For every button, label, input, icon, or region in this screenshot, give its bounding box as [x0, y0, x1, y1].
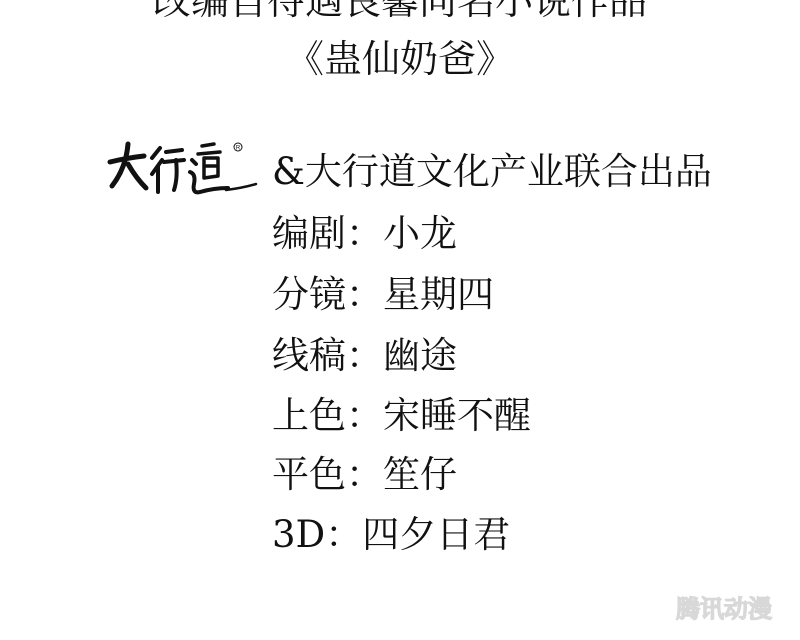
credit-name: 笙仔 [383, 453, 457, 496]
credit-name: 宋睡不醒 [383, 394, 531, 437]
credit-sep: ： [346, 273, 383, 316]
credit-row-storyboard: 分镜：星期四 [272, 276, 494, 313]
adaptation-line: 改编自待遇良馨同名小说作品 [0, 0, 800, 20]
svg-text:R: R [236, 146, 241, 152]
book-title: 《蛊仙奶爸》 [0, 40, 800, 78]
credit-sep: ： [346, 212, 383, 255]
credit-name: 四夕日君 [362, 513, 510, 556]
credit-name: 星期四 [383, 273, 494, 316]
credit-role: 分镜 [272, 273, 346, 316]
credit-row-3d: 3D：四夕日君 [272, 516, 510, 553]
credit-name: 幽途 [383, 334, 457, 377]
credit-role: 3D [272, 513, 325, 556]
credit-sep: ： [346, 453, 383, 496]
credit-role: 线稿 [272, 334, 346, 377]
tencent-comics-watermark: 腾讯动漫 [660, 594, 788, 622]
producer-line: &大行道文化产业联合出品 [272, 153, 712, 190]
credit-sep: ： [346, 394, 383, 437]
credit-row-coloring: 上色：宋睡不醒 [272, 397, 531, 434]
credit-row-flat-color: 平色：笙仔 [272, 456, 457, 493]
credit-role: 编剧 [272, 212, 346, 255]
svg-text:腾讯动漫: 腾讯动漫 [676, 595, 772, 622]
credit-role: 平色 [272, 453, 346, 496]
credit-role: 上色 [272, 394, 346, 437]
dahangdao-logo: R [104, 138, 260, 200]
credit-sep: ： [325, 513, 362, 556]
credit-sep: ： [346, 334, 383, 377]
credit-name: 小龙 [383, 212, 457, 255]
credit-row-screenwriter: 编剧：小龙 [272, 215, 457, 252]
credit-row-lineart: 线稿：幽途 [272, 337, 457, 374]
